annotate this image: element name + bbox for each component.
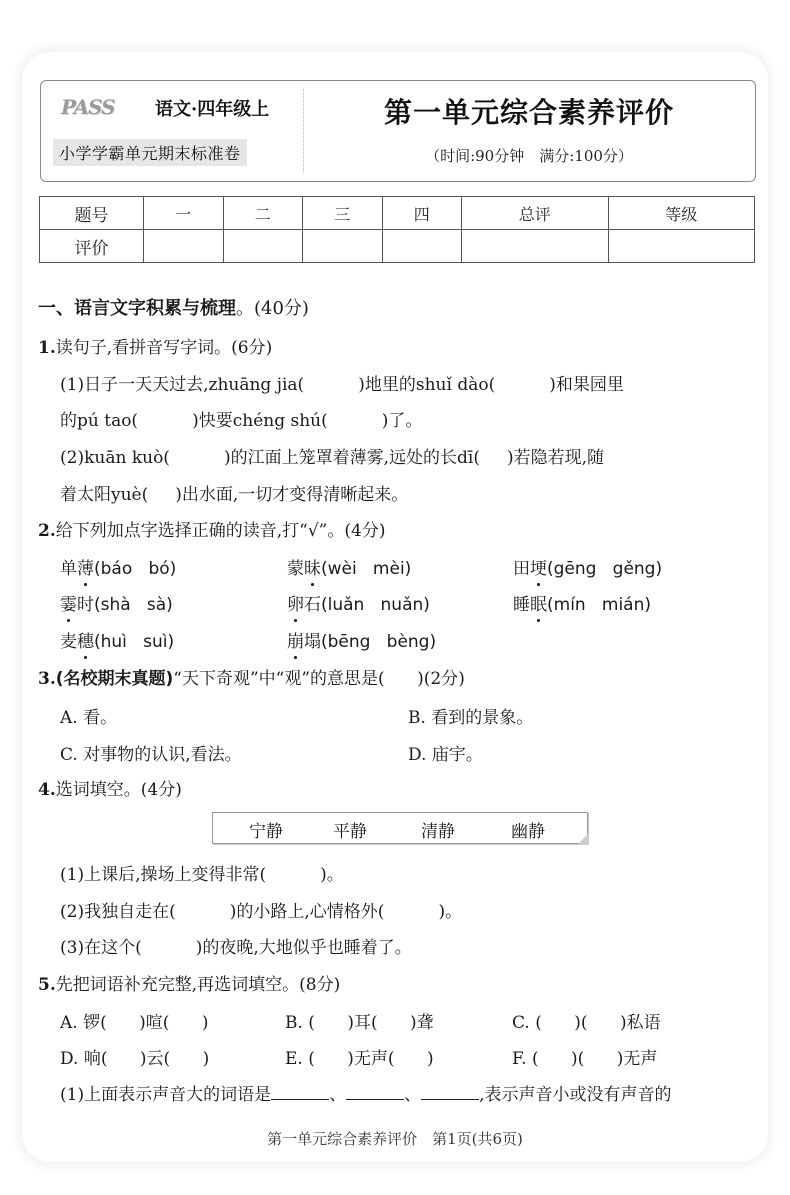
pass-logo: PASS xyxy=(61,95,115,119)
question-number: 5. xyxy=(38,975,56,995)
dotted-char: 穗 xyxy=(77,627,94,652)
dotted-char: 霎 xyxy=(60,590,77,615)
pinyin-options: (huì suì) xyxy=(94,632,174,652)
q1-line: (1)日子一天天过去,zhuāng jia( )地里的shuǐ dào( )和果… xyxy=(60,370,624,395)
question-3: 3.(名校期末真题)“天下奇观”中“观”的意思是( )(2分) xyxy=(38,664,465,689)
char: 时 xyxy=(77,595,94,615)
score-cell: 二 xyxy=(223,197,303,230)
score-input-cell[interactable] xyxy=(303,230,383,263)
char: 麦 xyxy=(60,632,77,652)
char: 石 xyxy=(304,595,321,615)
q2-item[interactable]: 崩塌(bēng bèng) xyxy=(287,627,436,652)
dotted-char: 埂 xyxy=(530,554,547,579)
score-table-eval-row: 评价 xyxy=(40,230,755,263)
word-bank-item: 宁静 xyxy=(249,817,283,842)
q5-prompt: (1)上面表示声音大的词语是 xyxy=(60,1085,271,1105)
header-left: PASS 语文·四年级上 小学学霸单元期末标准卷 xyxy=(41,81,303,181)
pinyin-options: (báo bó) xyxy=(94,559,176,579)
pinyin-options: (bēng bèng) xyxy=(321,632,436,652)
q3-option-c[interactable]: C. 对事物的认识,看法。 xyxy=(60,740,242,765)
char: 蒙 xyxy=(287,559,304,579)
q2-item[interactable]: 蒙昧(wèi mèi) xyxy=(287,554,411,579)
answer-blank[interactable] xyxy=(346,1085,404,1100)
separator: 、 xyxy=(329,1085,346,1105)
page-fold-corner xyxy=(578,834,588,844)
score-cell: 等级 xyxy=(608,197,755,230)
section-title: 一、语言文字积累与梳理 xyxy=(38,298,236,319)
score-cell: 四 xyxy=(382,197,462,230)
section-heading: 一、语言文字积累与梳理。(40分) xyxy=(38,294,309,320)
char: 田 xyxy=(513,559,530,579)
char: 睡 xyxy=(513,595,530,615)
q2-item[interactable]: 卵石(luǎn nuǎn) xyxy=(287,590,430,615)
q4-line: (1)上课后,操场上变得非常( )。 xyxy=(60,860,344,885)
q3-option-d[interactable]: D. 庙宇。 xyxy=(408,740,483,765)
score-cell: 总评 xyxy=(462,197,608,230)
dotted-char: 眠 xyxy=(530,590,547,615)
question-tag: (名校期末真题) xyxy=(56,669,174,689)
dotted-char: 昧 xyxy=(304,554,321,579)
question-stem: 读句子,看拼音写字词。(6分) xyxy=(56,338,272,358)
score-input-cell[interactable] xyxy=(462,230,608,263)
word-bank-item: 平静 xyxy=(333,817,367,842)
score-table: 题号 一 二 三 四 总评 等级 评价 xyxy=(39,196,755,263)
dotted-char: 崩 xyxy=(287,627,304,652)
dotted-char: 卵 xyxy=(287,590,304,615)
q1-line: 的pú tao( )快要chéng shú( )了。 xyxy=(60,406,422,431)
question-number: 4. xyxy=(38,780,56,800)
question-number: 3. xyxy=(38,669,56,689)
char: 单 xyxy=(60,559,77,579)
exam-title: 第一单元综合素养评价 xyxy=(303,91,755,131)
question-stem: “天下奇观”中“观”的意思是( )(2分) xyxy=(173,669,465,689)
q3-option-a[interactable]: A. 看。 xyxy=(60,703,117,728)
q5-item-c: C. ( )( )私语 xyxy=(512,1008,661,1033)
pinyin-options: (luǎn nuǎn) xyxy=(321,595,430,615)
answer-blank[interactable] xyxy=(271,1085,329,1100)
q5-item-d: D. 响( )云( ) xyxy=(60,1044,209,1069)
question-number: 2. xyxy=(38,521,56,541)
question-stem: 给下列加点字选择正确的读音,打“√”。(4分) xyxy=(56,521,386,541)
q5-prompt-cont: ,表示声音小或没有声音的 xyxy=(479,1085,671,1105)
pinyin-options: (mín mián) xyxy=(547,595,651,615)
q4-line: (2)我独自走在( )的小路上,心情格外( )。 xyxy=(60,897,462,922)
word-bank-item: 幽静 xyxy=(511,817,545,842)
score-table-header-row: 题号 一 二 三 四 总评 等级 xyxy=(40,197,755,230)
question-5: 5.先把词语补充完整,再选词填空。(8分) xyxy=(38,970,340,995)
score-input-cell[interactable] xyxy=(382,230,462,263)
question-stem: 选词填空。(4分) xyxy=(56,780,182,800)
question-number: 1. xyxy=(38,338,56,358)
q2-item[interactable]: 田埂(gēng gěng) xyxy=(513,554,662,579)
q2-item[interactable]: 麦穗(huì suì) xyxy=(60,627,174,652)
question-2: 2.给下列加点字选择正确的读音,打“√”。(4分) xyxy=(38,516,385,541)
q5-line-1: (1)上面表示声音大的词语是、、,表示声音小或没有声音的 xyxy=(60,1080,672,1105)
q2-item[interactable]: 霎时(shà sà) xyxy=(60,590,173,615)
separator: 、 xyxy=(404,1085,421,1105)
q1-line: (2)kuān kuò( )的江面上笼罩着薄雾,远处的长dī( )若隐若现,随 xyxy=(60,443,604,468)
score-input-cell[interactable] xyxy=(144,230,224,263)
q2-item[interactable]: 单薄(báo bó) xyxy=(60,554,176,579)
q1-line: 着太阳yuè( )出水面,一切才变得清晰起来。 xyxy=(60,480,408,505)
word-bank-box: 宁静 平静 清静 幽静 xyxy=(212,812,588,844)
pinyin-options: (wèi mèi) xyxy=(321,559,411,579)
word-bank-item: 清静 xyxy=(421,817,455,842)
question-1: 1.读句子,看拼音写字词。(6分) xyxy=(38,333,272,358)
q4-line: (3)在这个( )的夜晚,大地似乎也睡着了。 xyxy=(60,933,412,958)
q3-option-b[interactable]: B. 看到的景象。 xyxy=(408,703,533,728)
score-cell: 题号 xyxy=(40,197,144,230)
question-stem: 先把词语补充完整,再选词填空。(8分) xyxy=(56,975,340,995)
q5-item-a: A. 锣( )喧( ) xyxy=(60,1008,208,1033)
question-4: 4.选词填空。(4分) xyxy=(38,775,182,800)
score-cell: 三 xyxy=(303,197,383,230)
score-cell: 一 xyxy=(144,197,224,230)
subject-label: 语文·四年级上 xyxy=(155,95,269,121)
header-box: PASS 语文·四年级上 小学学霸单元期末标准卷 第一单元综合素养评价 （时间:… xyxy=(40,80,756,182)
q5-item-b: B. ( )耳( )聋 xyxy=(285,1008,434,1033)
pinyin-options: (shà sà) xyxy=(94,595,173,615)
q5-item-f: F. ( )( )无声 xyxy=(512,1044,657,1069)
score-input-cell[interactable] xyxy=(608,230,755,263)
series-label: 小学学霸单元期末标准卷 xyxy=(53,139,247,166)
score-cell: 评价 xyxy=(40,230,144,263)
q5-item-e: E. ( )无声( ) xyxy=(285,1044,434,1069)
answer-blank[interactable] xyxy=(421,1085,479,1100)
score-input-cell[interactable] xyxy=(223,230,303,263)
exam-meta: （时间:90分钟 满分:100分） xyxy=(303,145,755,166)
page-footer: 第一单元综合素养评价 第1页(共6页) xyxy=(0,1128,790,1149)
pinyin-options: (gēng gěng) xyxy=(547,559,662,579)
dotted-char: 薄 xyxy=(77,554,94,579)
char: 塌 xyxy=(304,632,321,652)
section-score: 。(40分) xyxy=(236,298,309,319)
q2-item[interactable]: 睡眠(mín mián) xyxy=(513,590,651,615)
